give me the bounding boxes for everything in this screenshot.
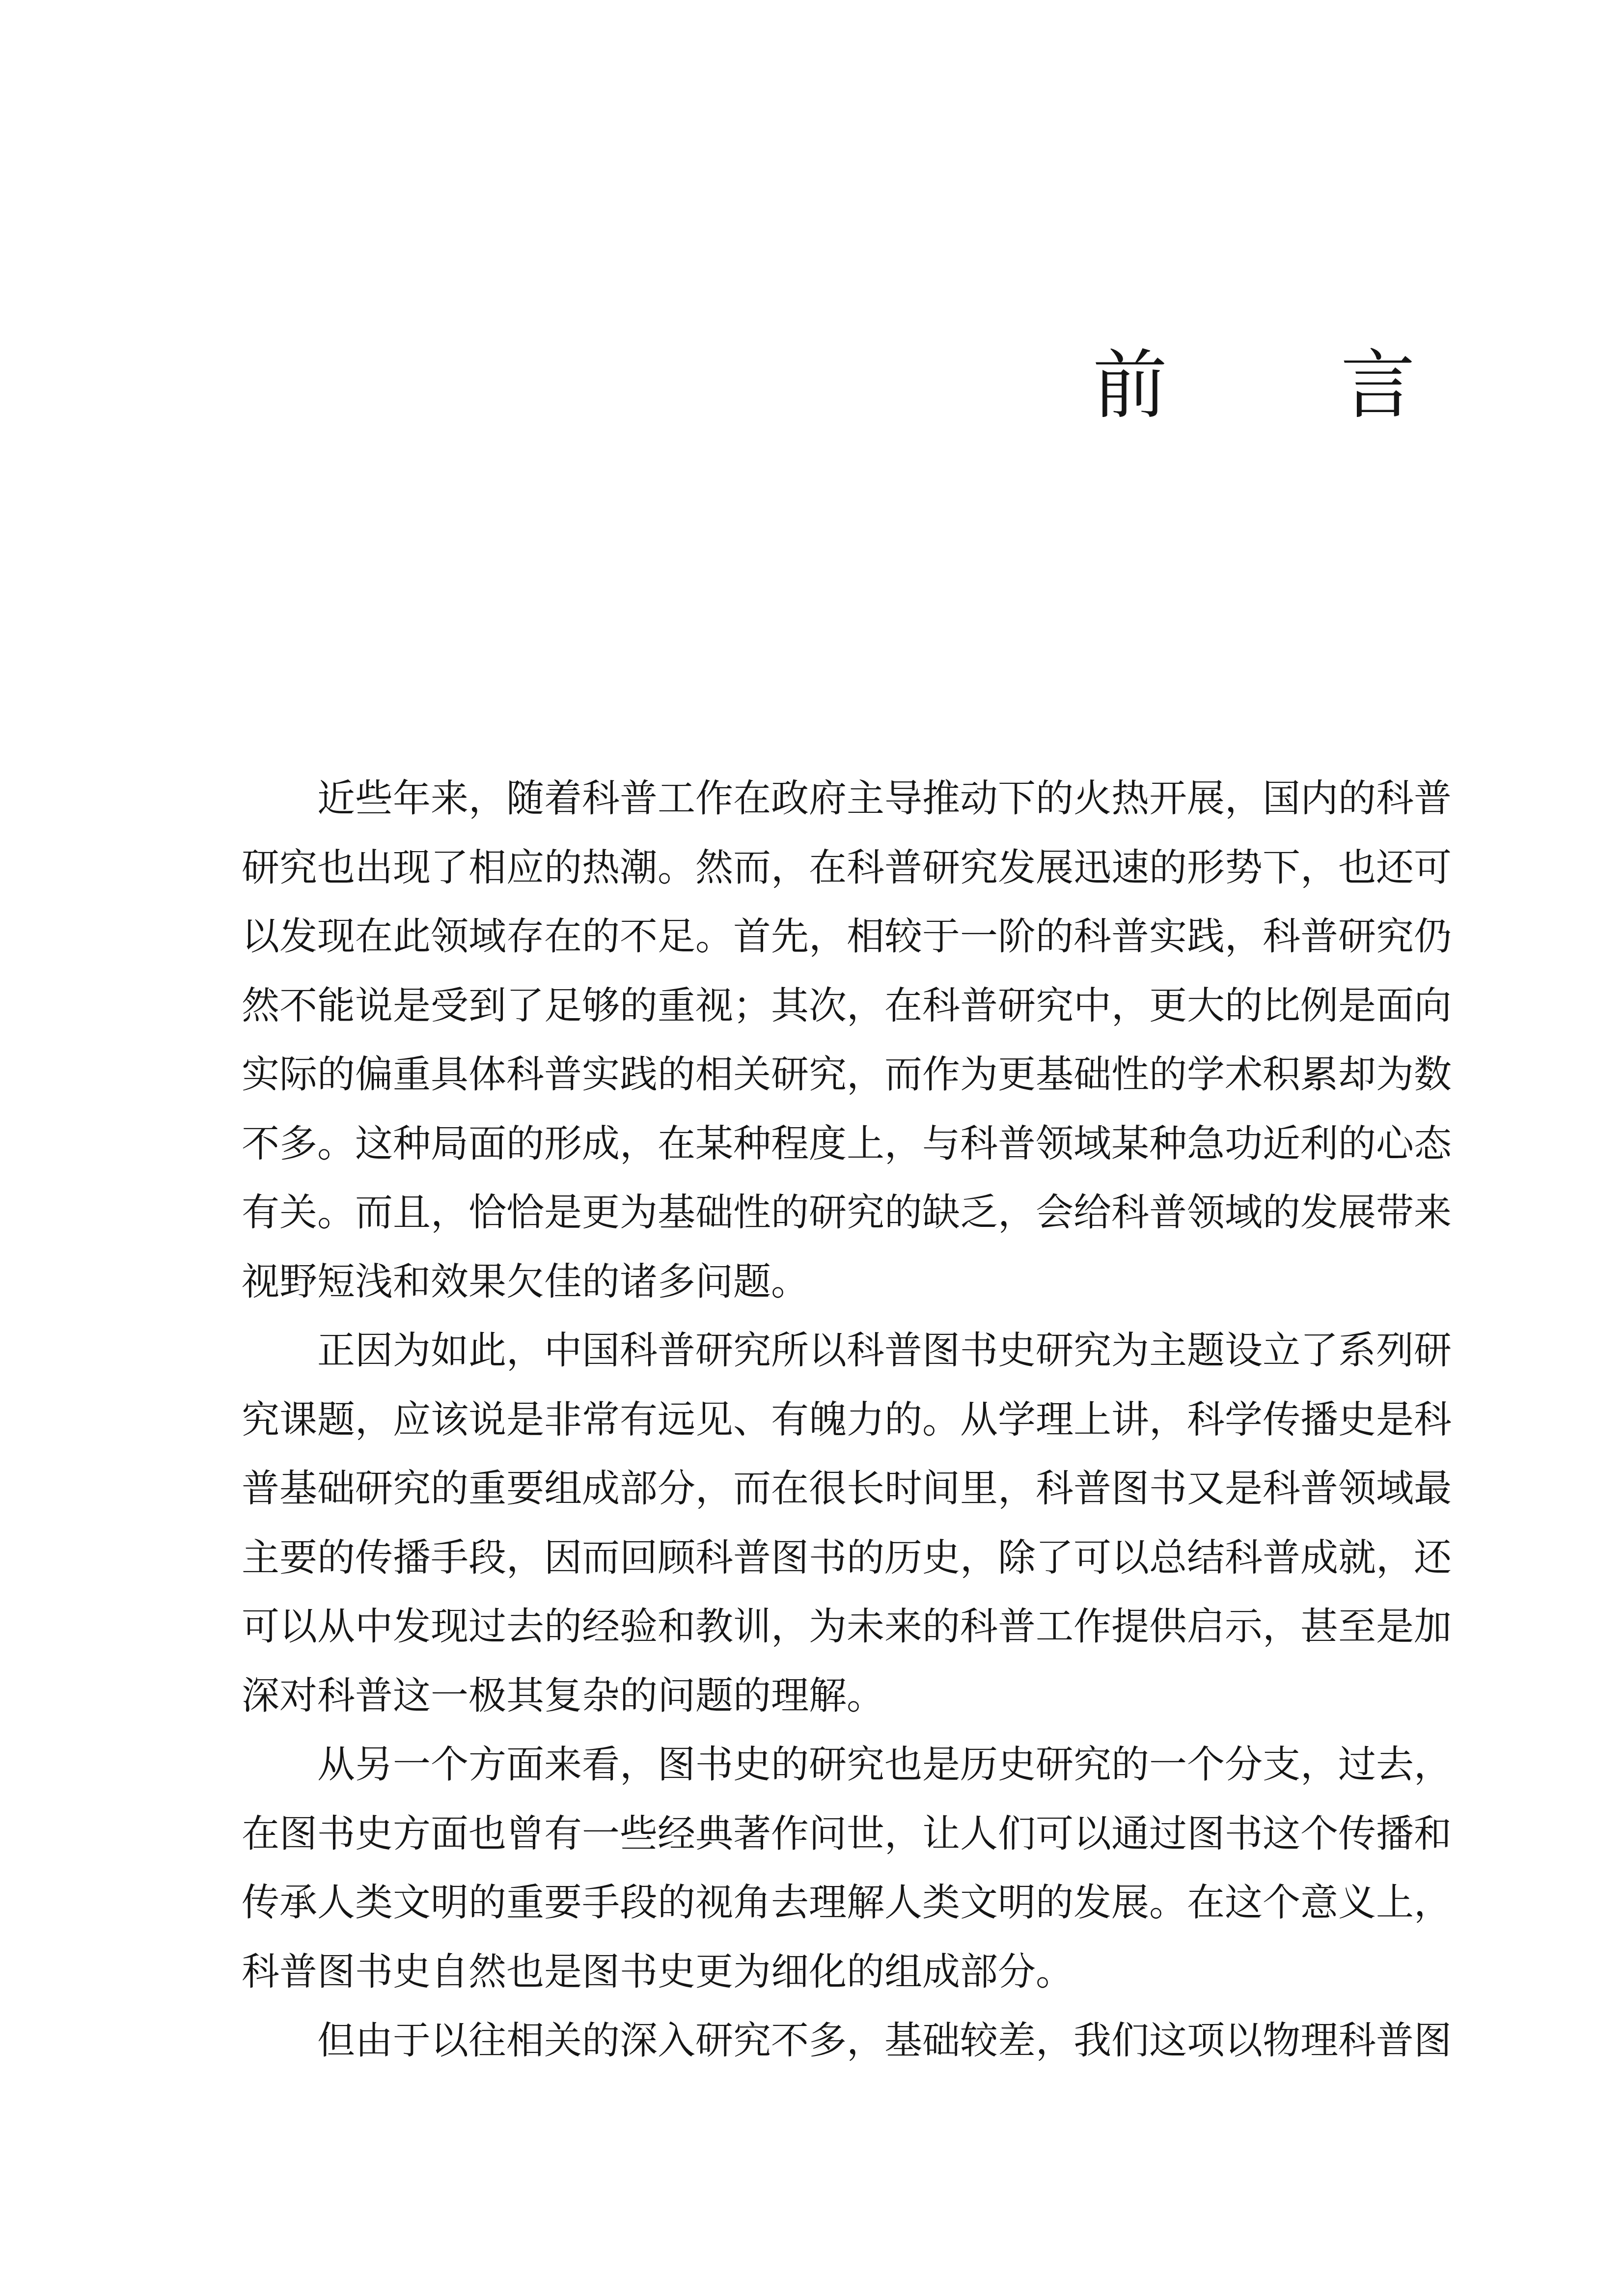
text-line: 有关。而且，恰恰是更为基础性的研究的缺乏，会给科普领域的发展带来 (242, 1178, 1452, 1248)
text-line: 然不能说是受到了足够的重视；其次，在科普研究中，更大的比例是面向 (242, 971, 1452, 1041)
text-line: 深对科普这一极其复杂的问题的理解。 (242, 1662, 1452, 1731)
paragraph: 正因为如此，中国科普研究所以科普图书史研究为主题设立了系列研 究课题，应该说是非… (242, 1316, 1452, 1730)
text-line: 视野短浅和效果欠佳的诸多问题。 (242, 1248, 1452, 1317)
text-line: 不多。这种局面的形成，在某种程度上，与科普领域某种急功近利的心态 (242, 1109, 1452, 1179)
text-line: 科普图书史自然也是图书史更为细化的组成部分。 (242, 1938, 1452, 2007)
text-line: 普基础研究的重要组成部分，而在很长时间里，科普图书又是科普领域最 (242, 1454, 1452, 1524)
paragraph: 近些年来，随着科普工作在政府主导推动下的火热开展，国内的科普 研究也出现了相应的… (242, 764, 1452, 1316)
page: 前言 近些年来，随着科普工作在政府主导推动下的火热开展，国内的科普 研究也出现了… (0, 0, 1624, 2274)
text-line: 近些年来，随着科普工作在政府主导推动下的火热开展，国内的科普 (242, 764, 1452, 833)
text-line: 实际的偏重具体科普实践的相关研究，而作为更基础性的学术积累却为数 (242, 1040, 1452, 1109)
text-line: 主要的传播手段，因而回顾科普图书的历史，除了可以总结科普成就，还 (242, 1524, 1452, 1593)
text-line: 但由于以往相关的深入研究不多，基础较差，我们这项以物理科普图 (242, 2006, 1452, 2076)
text-line: 以发现在此领域存在的不足。首先，相较于一阶的科普实践，科普研究仍 (242, 902, 1452, 971)
text-line: 从另一个方面来看，图书史的研究也是历史研究的一个分支，过去， (242, 1730, 1452, 1800)
text-line: 在图书史方面也曾有一些经典著作问世，让人们可以通过图书这个传播和 (242, 1800, 1452, 1869)
text-line: 正因为如此，中国科普研究所以科普图书史研究为主题设立了系列研 (242, 1316, 1452, 1386)
text-line: 研究也出现了相应的热潮。然而，在科普研究发展迅速的形势下，也还可 (242, 833, 1452, 903)
preface-title: 前言 (1093, 349, 1589, 423)
text-line: 传承人类文明的重要手段的视角去理解人类文明的发展。在这个意义上， (242, 1868, 1452, 1938)
text-line: 可以从中发现过去的经验和教训，为未来的科普工作提供启示，甚至是加 (242, 1592, 1452, 1662)
preface-body: 近些年来，随着科普工作在政府主导推动下的火热开展，国内的科普 研究也出现了相应的… (242, 764, 1452, 2076)
text-line: 究课题，应该说是非常有远见、有魄力的。从学理上讲，科学传播史是科 (242, 1386, 1452, 1455)
paragraph: 但由于以往相关的深入研究不多，基础较差，我们这项以物理科普图 (242, 2006, 1452, 2076)
paragraph: 从另一个方面来看，图书史的研究也是历史研究的一个分支，过去， 在图书史方面也曾有… (242, 1730, 1452, 2006)
